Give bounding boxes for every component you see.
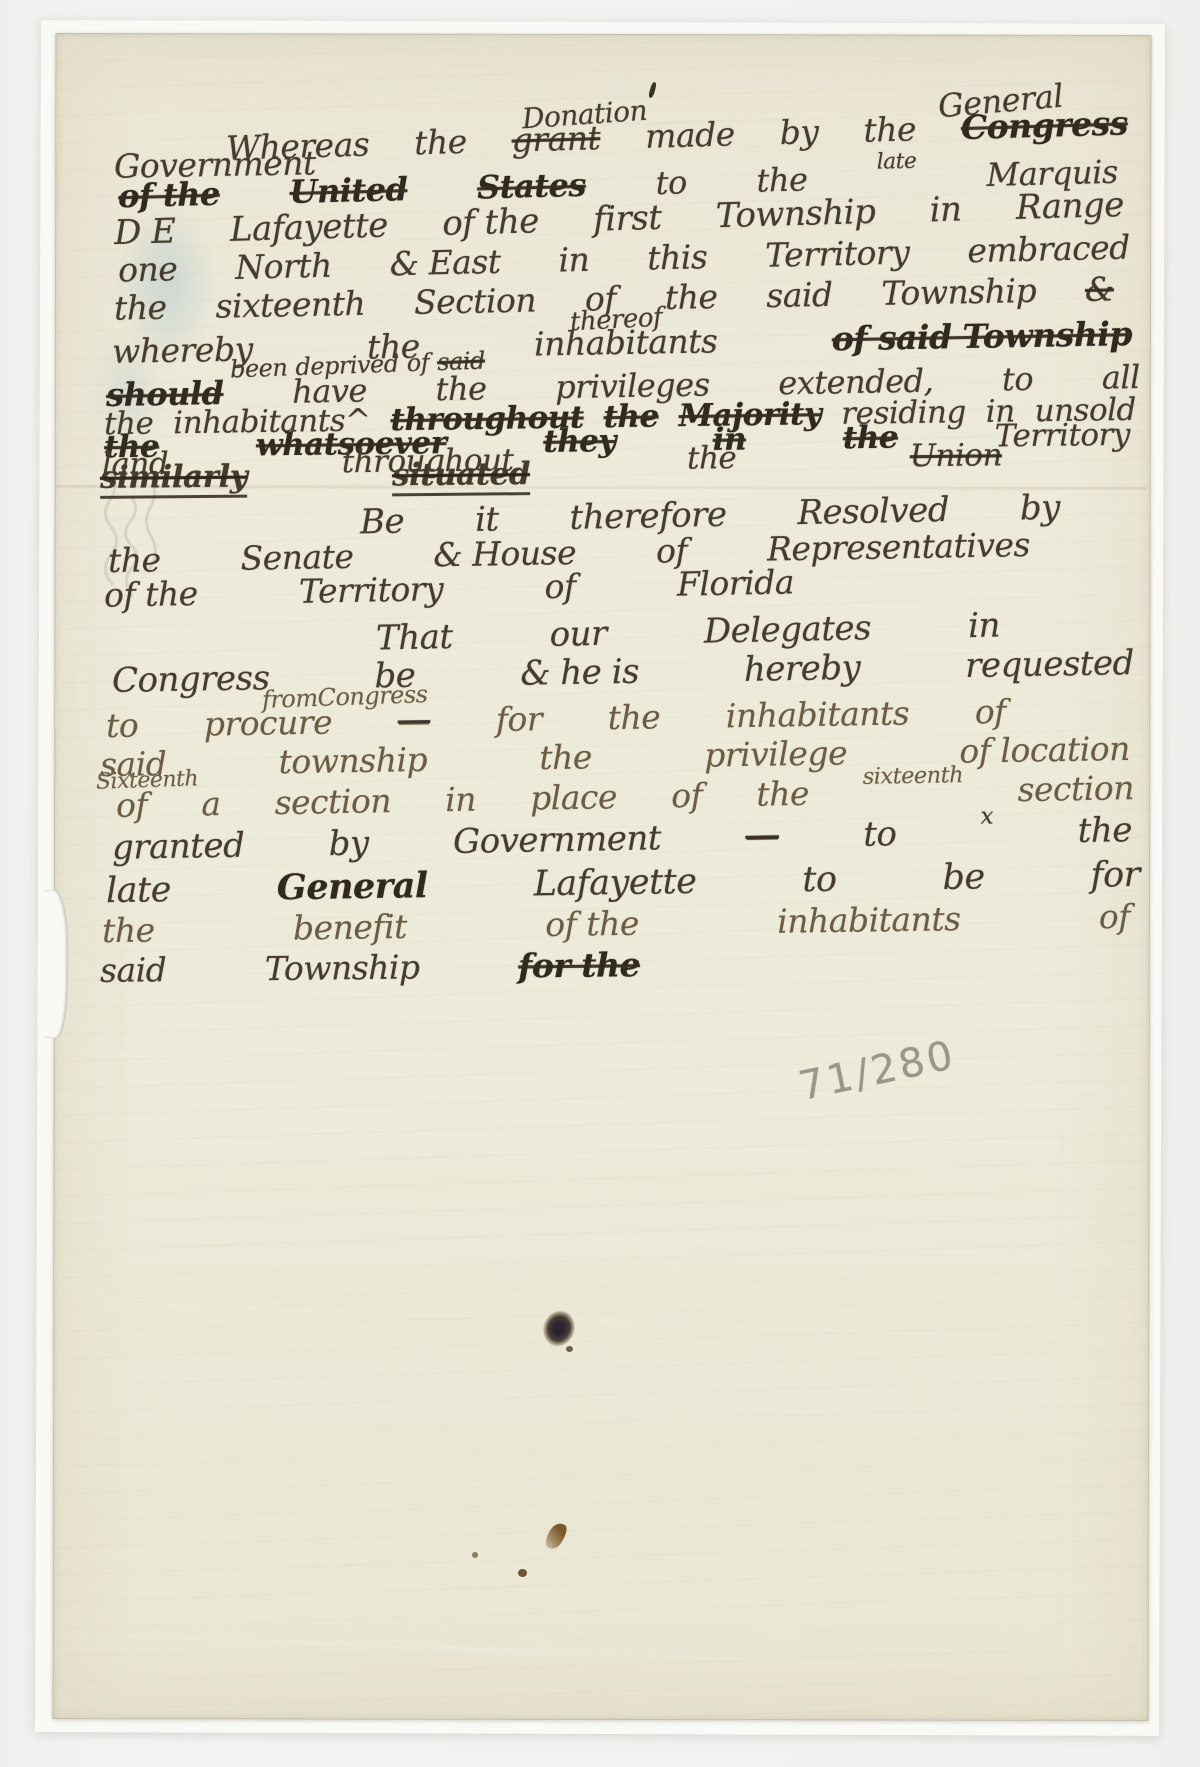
word: to <box>1002 362 1034 398</box>
word: D E <box>114 213 176 252</box>
word: the <box>863 111 917 149</box>
word: of <box>974 694 1006 731</box>
word: of <box>116 787 148 824</box>
manuscript-text-layer: DonationGeneralWhereasthegrantmadebytheC… <box>0 0 1200 1767</box>
word: by <box>1020 490 1061 528</box>
word: said <box>766 277 833 315</box>
word: States <box>477 168 587 206</box>
word: Territory <box>995 418 1131 454</box>
word: procure <box>204 705 333 743</box>
word: Lafayette <box>229 207 388 249</box>
word: Section <box>414 282 537 321</box>
word: late <box>106 871 171 911</box>
word: first <box>593 200 662 239</box>
word: & <box>1085 271 1115 308</box>
word: Be <box>360 503 405 541</box>
word: x <box>980 804 993 842</box>
word: place <box>530 779 617 817</box>
word: the <box>1077 812 1132 850</box>
word: by <box>328 825 369 863</box>
word: for the <box>518 947 640 985</box>
word: this <box>647 239 708 277</box>
word: & he is <box>520 654 639 693</box>
word: of <box>671 778 703 815</box>
word: of <box>544 569 576 606</box>
word: our <box>549 616 607 655</box>
word: Government <box>453 820 662 861</box>
word: privilege <box>704 735 847 774</box>
word: That <box>376 619 453 658</box>
word: for <box>496 701 543 738</box>
word: the <box>114 290 167 327</box>
word: Lafayette <box>533 863 696 904</box>
word: the <box>414 124 468 162</box>
word: benefit <box>293 909 407 947</box>
word: the <box>539 739 592 776</box>
word: of the <box>104 576 198 614</box>
word: — <box>745 818 779 856</box>
word: the <box>607 699 660 736</box>
word: Florida <box>677 564 795 603</box>
word: granted <box>112 828 245 868</box>
stain-speck-dot <box>472 1552 478 1558</box>
word: of the <box>545 906 639 944</box>
word: similarly <box>100 460 248 499</box>
word: said <box>100 952 167 989</box>
word: for <box>1090 856 1140 895</box>
word: North <box>235 248 332 286</box>
word: a <box>201 786 221 823</box>
line-said-township: saidTownshipfor the <box>100 947 640 989</box>
word: to <box>863 816 897 854</box>
word: to <box>655 165 687 201</box>
word: in <box>929 191 962 229</box>
word: General <box>277 867 428 908</box>
word: Township <box>881 273 1036 312</box>
word: hereby <box>744 650 861 689</box>
word: section <box>274 783 391 821</box>
word: of said Township <box>832 316 1133 358</box>
word: in <box>558 242 590 279</box>
word: — <box>397 703 430 740</box>
word: the <box>102 912 155 949</box>
word: Delegates <box>704 610 872 651</box>
word: Territory <box>765 235 910 275</box>
word: embraced <box>967 230 1130 270</box>
word: to <box>802 861 837 900</box>
word: inhabitants <box>534 323 718 362</box>
word: of <box>1099 899 1131 936</box>
word: the <box>756 776 809 813</box>
word: to <box>106 708 139 745</box>
word: by <box>779 114 819 151</box>
word: made <box>645 116 736 155</box>
word: Congress <box>112 660 270 700</box>
word: sixteenth <box>215 286 365 325</box>
word: of the <box>118 177 220 215</box>
word: in <box>968 607 1001 645</box>
word: be <box>942 858 985 897</box>
line-similarly: similarlysituated <box>100 457 530 499</box>
word: township <box>278 742 427 781</box>
word: of the <box>442 203 540 243</box>
word: in <box>445 782 476 819</box>
word: Range <box>1015 187 1124 227</box>
word: Territory <box>299 571 444 610</box>
word: Union <box>910 438 1002 473</box>
word: Representatives <box>767 527 1030 568</box>
word: inhabitants <box>726 695 910 734</box>
word: section <box>1017 770 1134 808</box>
word: therefore <box>569 497 727 538</box>
word: grant <box>511 120 601 159</box>
word: Congress <box>960 105 1128 146</box>
word: & East <box>389 244 501 283</box>
word: inhabitants <box>777 901 961 940</box>
word: the <box>665 279 718 316</box>
word: requested <box>965 645 1134 685</box>
ink-blot-satellite <box>566 1346 573 1352</box>
word: one <box>118 251 178 289</box>
word: all <box>1101 360 1140 396</box>
word: the <box>687 441 737 476</box>
word: of location <box>959 731 1130 770</box>
scanned-document-page: DonationGeneralWhereasthegrantmadebytheC… <box>0 0 1200 1767</box>
word: Township <box>715 194 875 236</box>
word: situated <box>392 457 530 496</box>
word: sixteenth <box>863 763 964 801</box>
stain-speck-dot <box>518 1569 527 1577</box>
word: United <box>289 172 408 210</box>
word: Township <box>265 949 420 987</box>
word: late <box>876 150 916 186</box>
